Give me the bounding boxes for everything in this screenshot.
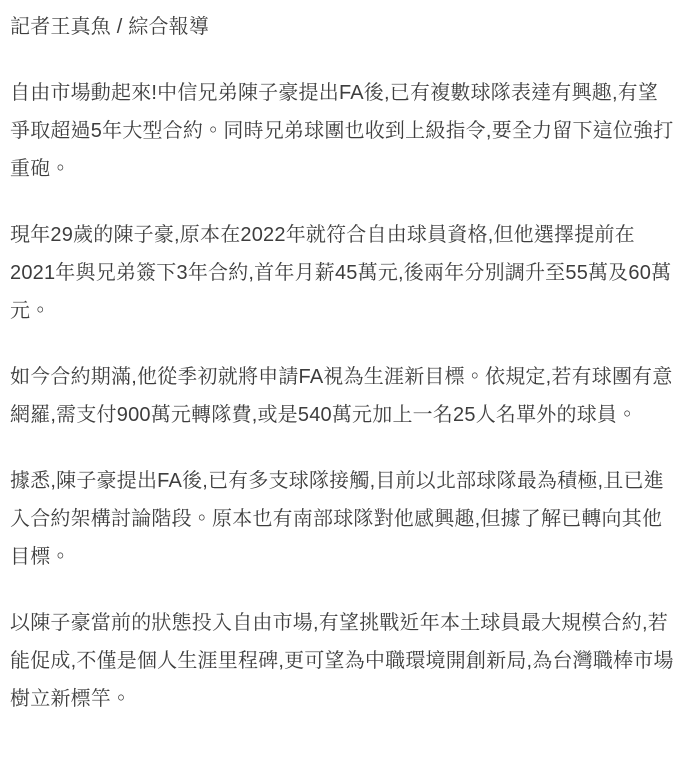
article-paragraph: 現年29歲的陳子豪,原本在2022年就符合自由球員資格,但他選擇提前在2021年… [10,216,675,330]
article-paragraph: 如今合約期滿,他從季初就將申請FA視為生涯新目標。依規定,若有球團有意網羅,需支… [10,358,675,434]
article-byline: 記者王真魚 / 綜合報導 [10,8,675,46]
article-paragraph: 自由市場動起來!中信兄弟陳子豪提出FA後,已有複數球隊表達有興趣,有望爭取超過5… [10,74,675,188]
article-body: 記者王真魚 / 綜合報導 自由市場動起來!中信兄弟陳子豪提出FA後,已有複數球隊… [0,0,685,778]
article-paragraph: 據悉,陳子豪提出FA後,已有多支球隊接觸,目前以北部球隊最為積極,且已進入合約架… [10,462,675,576]
article-paragraph: 以陳子豪當前的狀態投入自由市場,有望挑戰近年本土球員最大規模合約,若能促成,不僅… [10,604,675,718]
